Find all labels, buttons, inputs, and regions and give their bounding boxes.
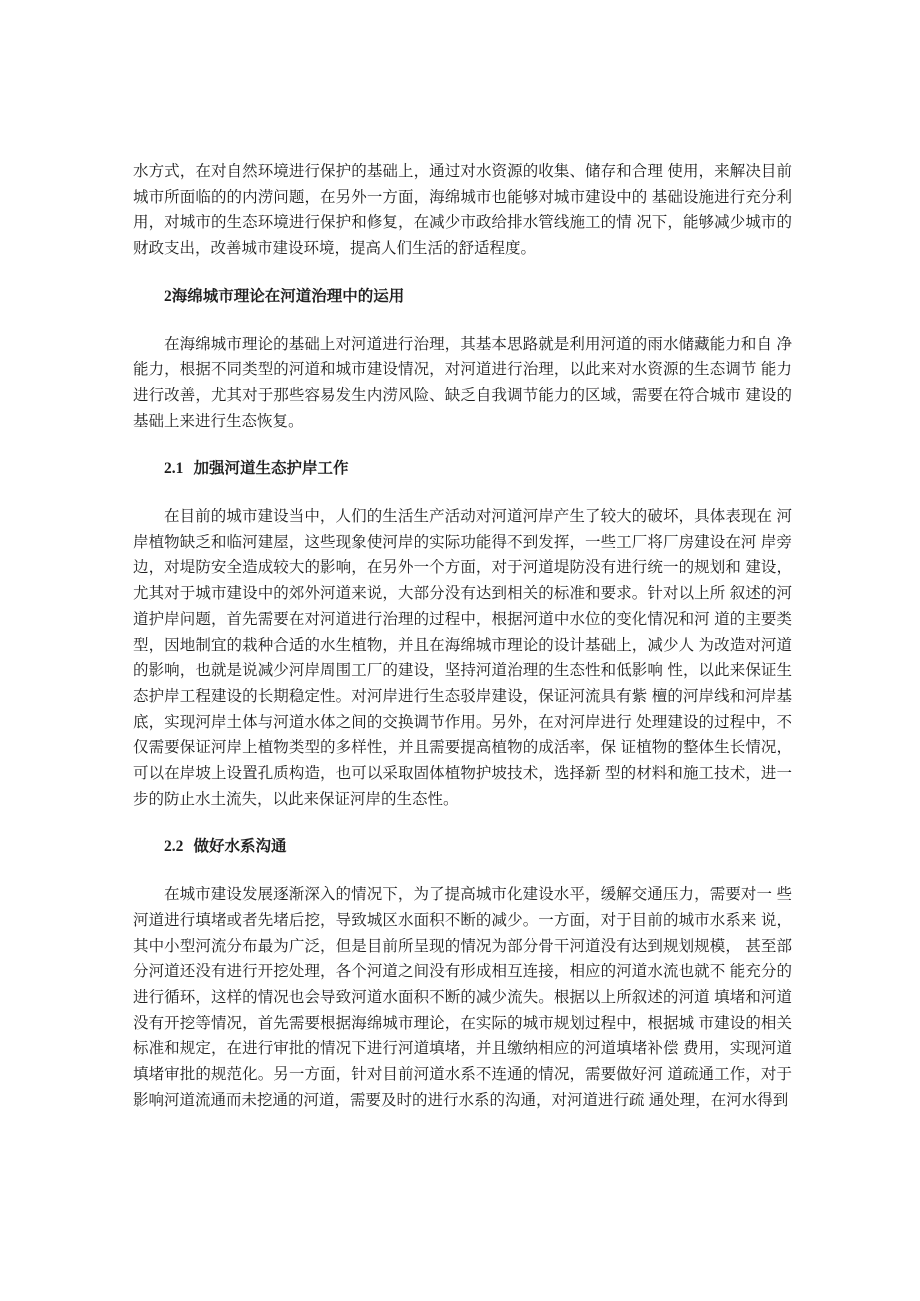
heading-section-2-1-title: 加强河道生态护岸工作 — [193, 460, 348, 477]
paragraph-section-2-1: 在目前的城市建设当中，人们的生活生产活动对河道河岸产生了较大的破坏，具体表现在 … — [133, 504, 792, 812]
paragraph-section-2: 在海绵城市理论的基础上对河道进行治理，其基本思路就是利用河道的雨水储藏能力和自 … — [133, 332, 792, 435]
heading-section-2-1-number: 2.1 — [164, 460, 183, 477]
document-page: 水方式，在对自然环境进行保护的基础上，通过对水资源的收集、储存和合理 使用，来解… — [0, 0, 920, 1301]
document-content: 水方式，在对自然环境进行保护的基础上，通过对水资源的收集、储存和合理 使用，来解… — [133, 159, 792, 1136]
heading-section-2: 2海绵城市理论在河道治理中的运用 — [133, 284, 792, 310]
heading-section-2-2-title: 做好水系沟通 — [193, 838, 286, 855]
heading-section-2-1: 2.1加强河道生态护岸工作 — [133, 456, 792, 482]
heading-section-2-2: 2.2做好水系沟通 — [133, 834, 792, 860]
paragraph-intro-continuation: 水方式，在对自然环境进行保护的基础上，通过对水资源的收集、储存和合理 使用，来解… — [133, 159, 792, 262]
heading-section-2-number: 2 — [164, 288, 172, 305]
paragraph-section-2-2: 在城市建设发展逐渐深入的情况下，为了提高城市化建设水平，缓解交通压力，需要对一 … — [133, 882, 792, 1113]
heading-section-2-2-number: 2.2 — [164, 838, 183, 855]
heading-section-2-title: 海绵城市理论在河道治理中的运用 — [172, 288, 405, 305]
